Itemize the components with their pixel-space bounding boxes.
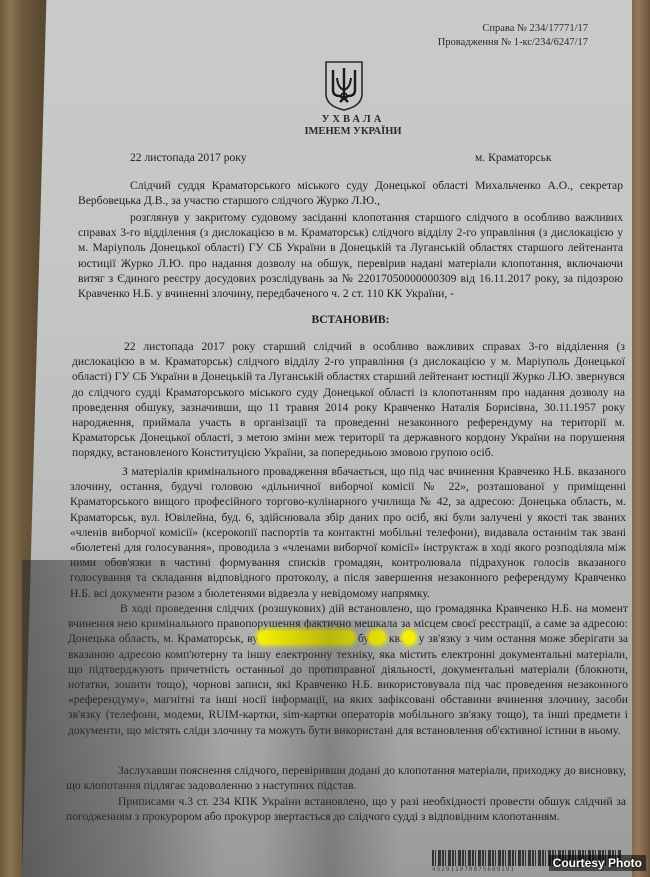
paragraph-established: 22 листопада 2017 року старший слідчий в…: [72, 339, 625, 461]
title-ruling: УХВАЛА: [278, 114, 428, 126]
section-heading: ВСТАНОВИВ:: [78, 312, 623, 327]
barcode-number: 452911070875689191: [432, 866, 515, 873]
title-in-name-of-ukraine: ІМЕНЕМ УКРАЇНИ: [278, 126, 428, 138]
document-city: м. Краматорськ: [475, 150, 552, 165]
table-surface-right: [630, 0, 650, 877]
shadow-overlay: [22, 560, 222, 877]
proceeding-number: Провадження № 1-кс/234/6247/17: [438, 36, 588, 50]
intro-considered: розглянув у закритому судовому засіданні…: [78, 210, 623, 301]
shadow-overlay: [260, 620, 400, 877]
photo-credit: Courtesy Photo: [549, 855, 646, 871]
case-numbers: Справа № 234/17771/17 Провадження № 1-кс…: [438, 22, 588, 50]
case-number: Справа № 234/17771/17: [438, 22, 588, 36]
document-date: 22 листопада 2017 року: [130, 150, 247, 165]
intro-judge: Слідчий суддя Краматорського міського су…: [78, 178, 623, 208]
redaction-apartment: [403, 631, 415, 644]
ukraine-trident-icon: [324, 60, 364, 112]
document-title: УХВАЛА ІМЕНЕМ УКРАЇНИ: [278, 114, 428, 138]
